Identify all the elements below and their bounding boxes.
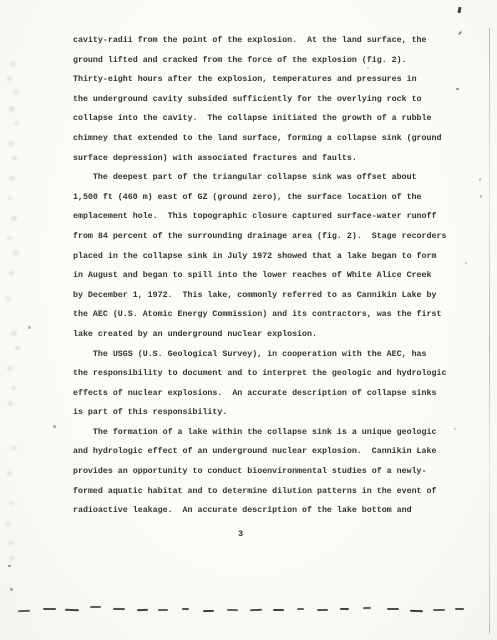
ink-speck [479,178,482,182]
scan-smudge [15,346,20,350]
scan-smudge [10,556,14,560]
scan-smudge [9,176,15,181]
text-line: by December 1, 1972. This lake, commonly… [73,286,473,306]
text-line: provides an opportunity to conduct bioen… [73,462,473,482]
scan-smudge [8,141,14,146]
text-line: Thirty-eight hours after the explosion, … [73,70,473,90]
perforation-dash [363,607,371,609]
scan-smudge [8,196,12,200]
text-line: chimney that extended to the land surfac… [73,129,473,149]
text-line: collapse into the cavity. The collapse i… [73,109,473,129]
ink-speck [480,195,483,198]
text-block: cavity-radii from the point of the explo… [73,31,473,521]
text-line: The formation of a lake within the colla… [73,423,473,443]
scan-smudge [7,236,12,240]
ink-speck [458,7,462,13]
perforation-dash [410,610,423,612]
ink-speck [10,588,13,591]
scan-smudge [12,446,17,450]
scan-smudge [14,121,18,125]
perforation-dash [158,609,168,611]
scan-smudge [11,386,16,390]
scan-smudge [13,90,19,94]
scan-smudge [11,331,17,336]
scan-smudge [13,251,19,256]
perforation-dash [227,609,238,611]
scan-edge-line [489,28,490,634]
perforation-dash [90,606,101,608]
text-line: the AEC (U.S. Atomic Energy Commission) … [73,305,473,325]
scan-smudge [9,271,14,275]
text-line: 1,500 ft (460 m) east of GZ (ground zero… [73,188,473,208]
scan-smudge [8,541,13,545]
perforation-dash [65,609,79,611]
text-line: surface depression) with associated frac… [73,149,473,169]
scan-smudge [7,471,12,476]
scan-smudge [11,216,17,221]
perforation-dash [18,610,30,612]
text-line: placed in the collapse sink in July 1972… [73,247,473,267]
perforation-dash [113,608,125,610]
ink-speck [28,326,31,329]
text-line: radioactive leakage. An accurate descrip… [73,501,473,521]
text-line: ground lifted and cracked from the force… [73,51,473,71]
text-line: in August and began to spill into the lo… [73,266,473,286]
text-line: the responsibility to document and to in… [73,364,473,384]
perforation-dash [250,609,262,611]
scan-smudge [8,401,13,406]
perforation-dash [203,610,214,612]
text-line: The USGS (U.S. Geological Survey), in co… [73,345,473,365]
perforation-dash [340,608,349,610]
page-number: 3 [238,529,243,539]
perforation-dash [387,608,399,610]
scan-smudge [6,521,10,526]
scan-smudge [9,106,14,112]
perforation-dash [297,608,304,610]
scan-smudge [9,501,14,505]
ink-speck [53,425,56,428]
text-line: formed aquatic habitat and to determine … [73,482,473,502]
text-line: cavity-radii from the point of the explo… [73,31,473,51]
perforation-dash [273,609,284,611]
scan-smudge [7,366,13,371]
scan-smudge [6,296,11,301]
text-line: and hydrologic effect of an underground … [73,442,473,462]
text-line: the underground cavity subsided sufficie… [73,90,473,110]
text-line: from 84 percent of the surrounding drain… [73,227,473,247]
text-line: The deepest part of the triangular colla… [73,168,473,188]
text-line: effects of nuclear explosions. An accura… [73,384,473,404]
perforation-dash [317,609,328,611]
perforation-dash [137,609,148,611]
ink-speck [8,565,11,567]
scan-smudge [12,156,17,160]
text-line: is part of this responsibility. [73,403,473,423]
scan-smudge [10,62,16,66]
scanned-page: cavity-radii from the point of the explo… [0,0,497,640]
perforation-dash [43,608,56,610]
perforation-dash [433,609,445,611]
text-line: lake created by an underground nuclear e… [73,325,473,345]
text-line: emplacement hole. This topographic closu… [73,207,473,227]
perforation-dash [182,608,189,610]
perforation-dash [455,608,464,610]
scan-smudge [7,76,12,81]
